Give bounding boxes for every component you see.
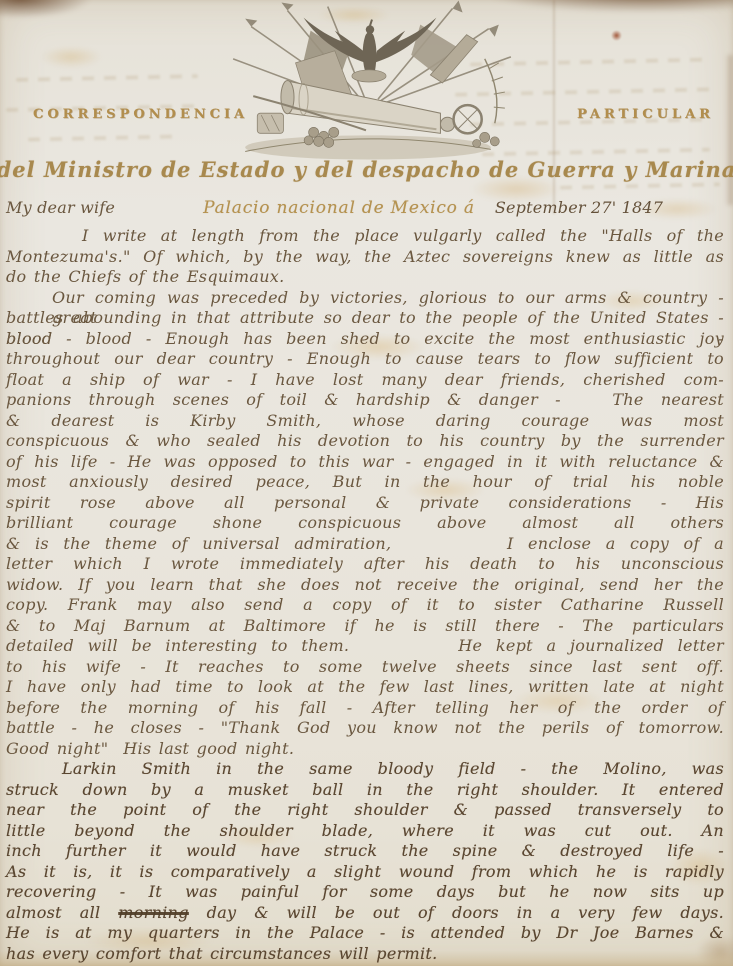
letter-line: panions through scenes of toil & hardshi… (6, 390, 724, 411)
letter-line: widow. If you learn that she does not re… (6, 575, 724, 596)
paper-stain (611, 30, 622, 41)
show-through-writing (28, 134, 180, 141)
letter-lines: I write at length from the place vulgarl… (6, 226, 724, 964)
ministry-line-row: del Ministro de Estado y del despacho de… (0, 146, 733, 192)
letter-line: most anxiously desired peace, But in the… (6, 472, 724, 493)
cannon (281, 80, 455, 133)
letter-line: detailed will be interesting to them. He… (6, 636, 724, 657)
letterhead-left-label: CORRESPONDENCIA (33, 107, 248, 122)
show-through-writing (16, 74, 198, 82)
ministry-script-line: del Ministro de Estado y del despacho de… (0, 157, 733, 182)
letter-line: struck down by a musket ball in the righ… (6, 780, 724, 801)
letter-line: & to Maj Barnum at Baltimore if he is st… (6, 616, 724, 637)
letter-line: I have only had time to look at the few … (6, 677, 724, 698)
letter-body: My dear wife Palacio nacional de Mexico … (6, 198, 724, 964)
letter-line: of his life - He was opposed to this war… (6, 452, 724, 473)
letter-line: blood - blood - Enough has been shed to … (6, 329, 724, 350)
letter-line: do the Chiefs of the Esquimaux. (6, 267, 724, 288)
letter-line: almost all morning day & will be out of … (6, 903, 724, 924)
paper-stain (492, 0, 733, 12)
letter-line: & dearest is Kirby Smith, whose daring c… (6, 411, 724, 432)
letter-line: battles abounding in that attribute so d… (6, 308, 724, 329)
letter-line: has every comfort that circumstances wil… (6, 944, 724, 965)
letter-line: Good night" His last good night. (6, 739, 724, 760)
drum (257, 113, 283, 133)
letter-page: CORRESPONDENCIA PARTICULAR del Ministro … (0, 0, 733, 966)
letter-line: & is the theme of universal admiration, … (6, 534, 724, 555)
letter-line: spirit rose above all personal & private… (6, 493, 724, 514)
letter-line: letter which I wrote immediately after h… (6, 554, 724, 575)
letter-line: As it is, it is comparatively a slight w… (6, 862, 724, 883)
wheel (454, 105, 482, 133)
eagle-trophy-engraving (215, 0, 527, 164)
printed-dateline: Palacio nacional de Mexico á (203, 198, 475, 218)
letter-line: float a ship of war - I have lost many d… (6, 370, 724, 391)
letter-line: copy. Frank may also send a copy of it t… (6, 595, 724, 616)
letter-line: He is at my quarters in the Palace - is … (6, 923, 724, 944)
paper-stain (0, 0, 90, 18)
strikethrough-word: morning (118, 903, 189, 922)
letter-line: before the morning of his fall - After t… (6, 698, 724, 719)
letter-line: throughout our dear country - Enough to … (6, 349, 724, 370)
letter-line: Montezuma's." Of which, by the way, the … (6, 247, 724, 268)
letter-line: battle - he closes - "Thank God you know… (6, 718, 724, 739)
letter-line: I write at length from the place vulgarl… (6, 226, 724, 247)
letter-line: recovering - It was painful for some day… (6, 882, 724, 903)
letter-line: little beyond the shoulder blade, where … (6, 821, 724, 842)
letter-line: near the point of the right shoulder & p… (6, 800, 724, 821)
letterhead-right-label: PARTICULAR (577, 107, 714, 122)
foxing-spot (40, 46, 102, 68)
palm-branch (485, 59, 505, 123)
letter-line: to his wife - It reaches to some twelve … (6, 657, 724, 678)
letter-line: Larkin Smith in the same bloody field - … (6, 759, 724, 780)
dateline-row: My dear wife Palacio nacional de Mexico … (6, 198, 724, 225)
letter-line: conspicuous & who sealed his devotion to… (6, 431, 724, 452)
salutation: My dear wife (6, 198, 115, 217)
letter-line: brilliant courage shone conspicuous abov… (6, 513, 724, 534)
letter-line: Our coming was preceded by victories, gl… (6, 288, 724, 309)
handwritten-date: September 27' 1847 (495, 198, 663, 217)
letter-line: inch further it would have struck the sp… (6, 841, 724, 862)
